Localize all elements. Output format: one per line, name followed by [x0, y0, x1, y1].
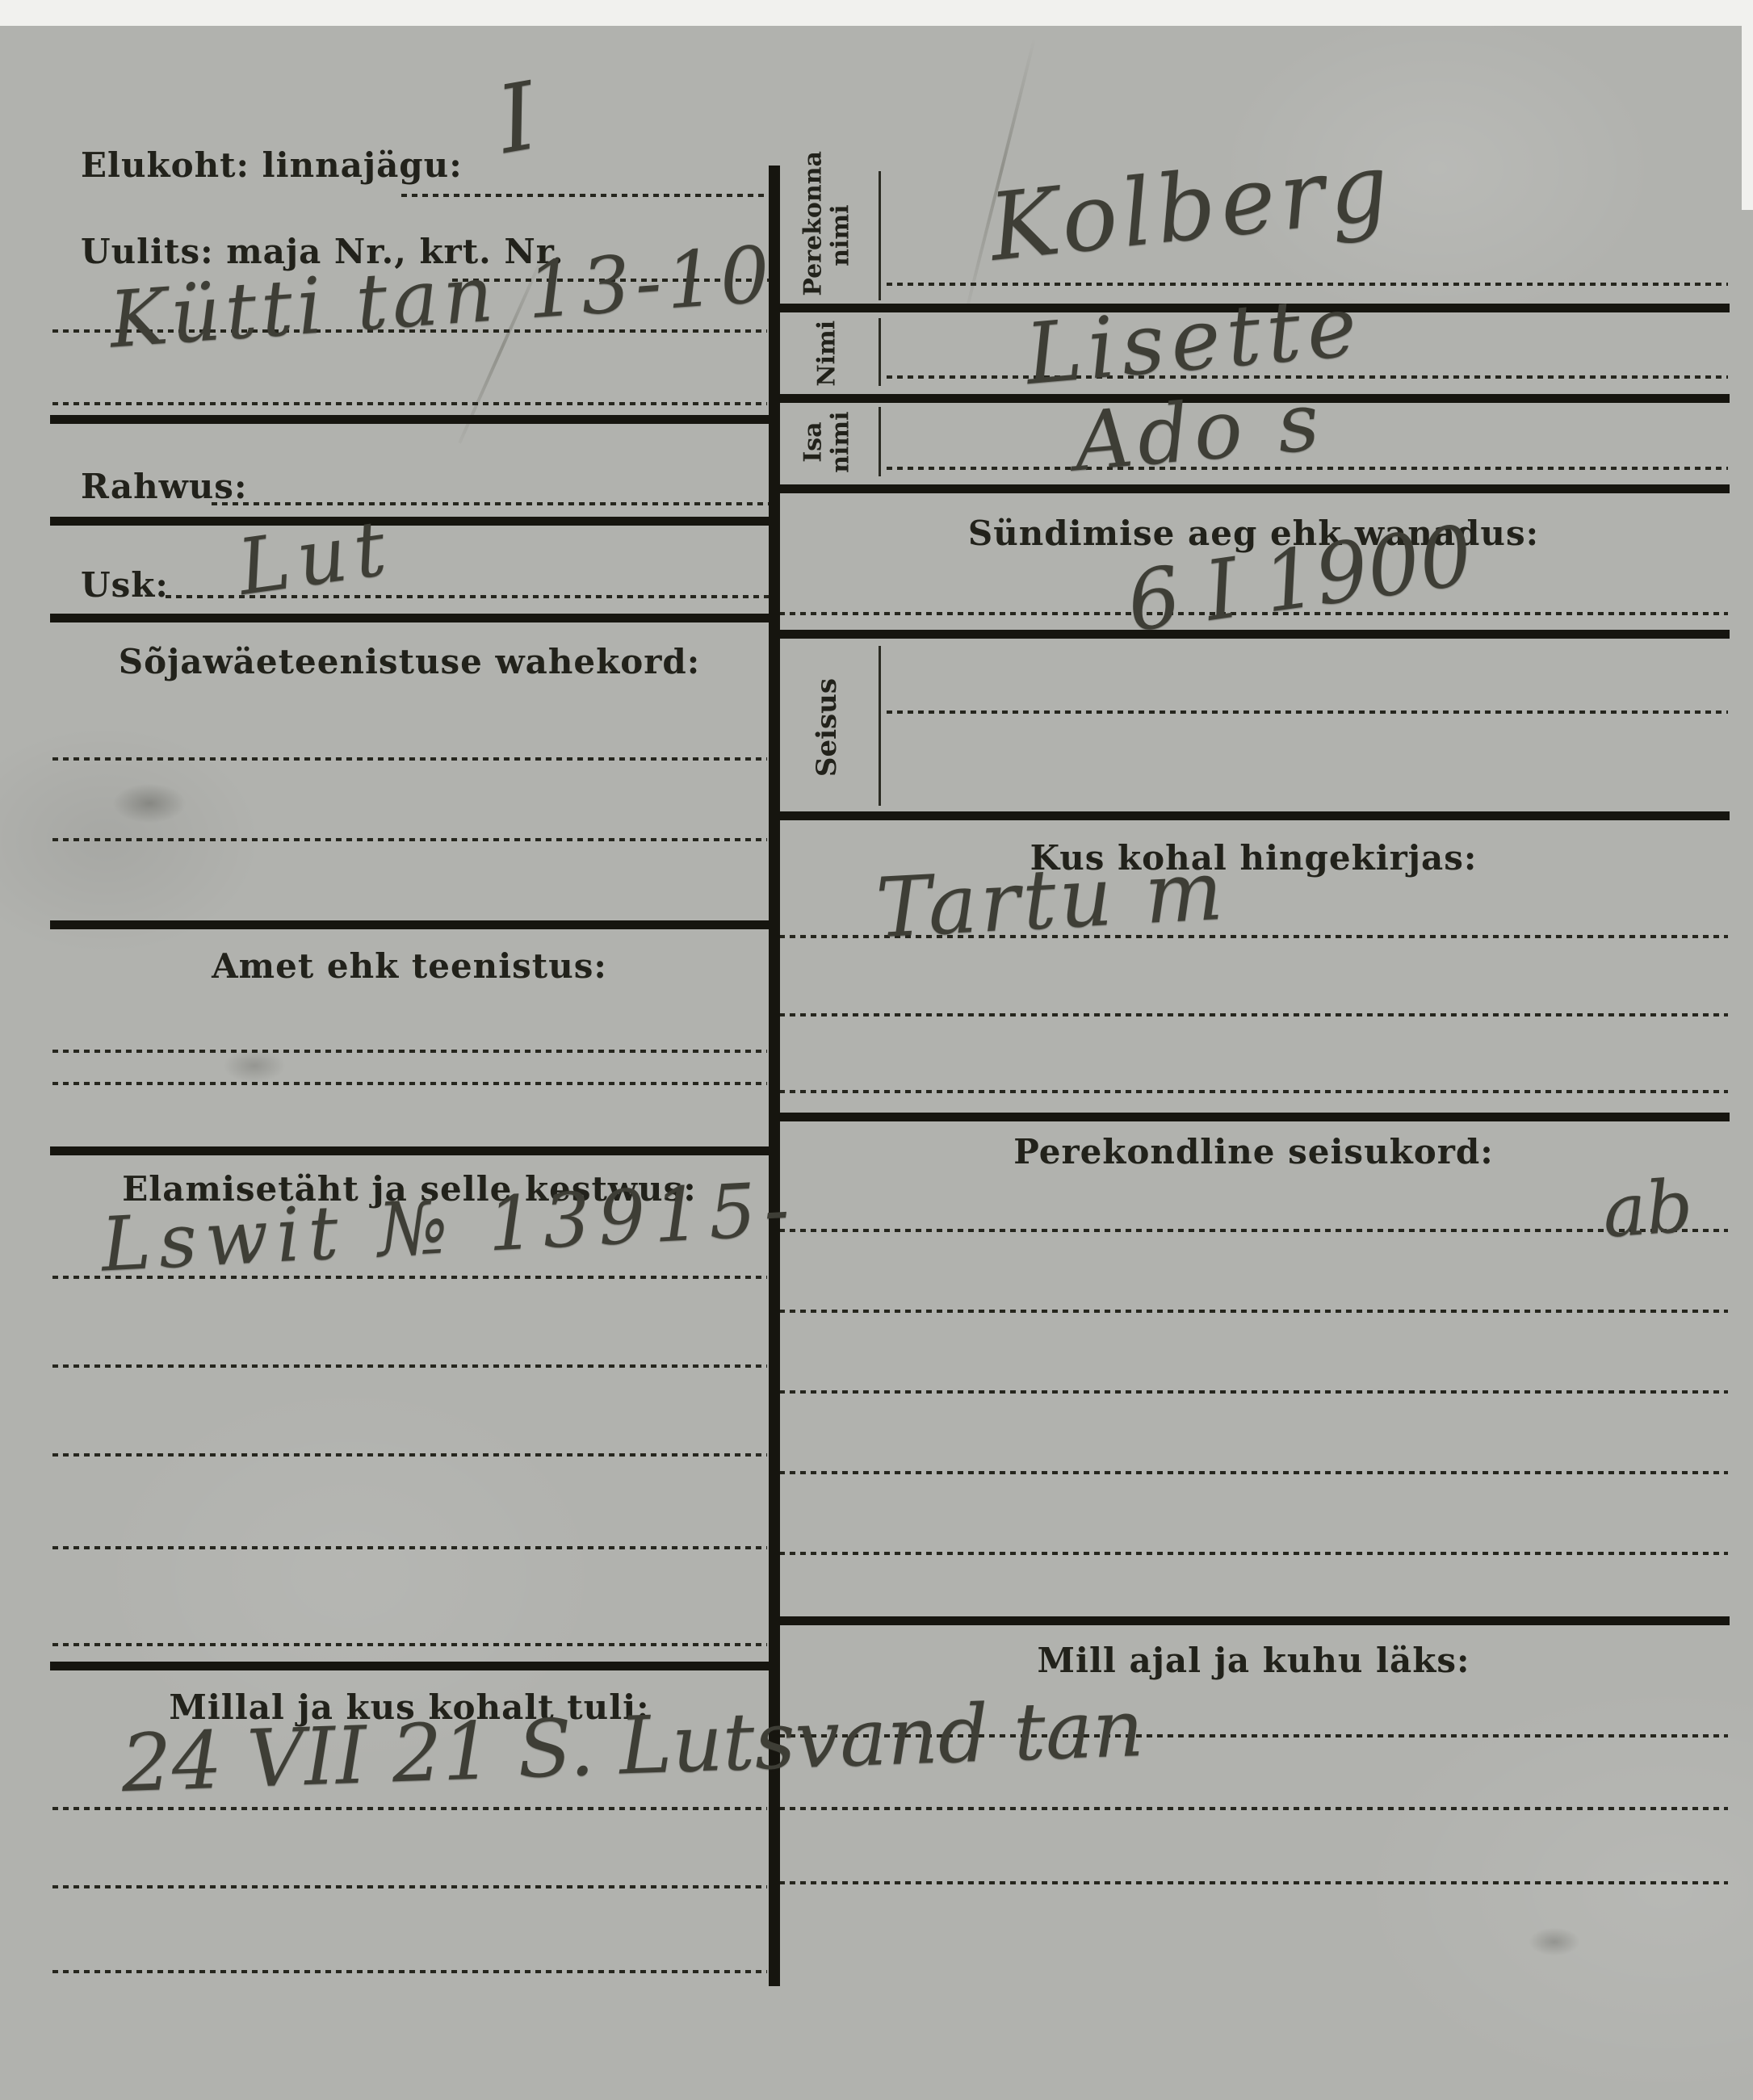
writing-line: [779, 1390, 1728, 1394]
section-line: [50, 614, 769, 622]
label-divider: [879, 171, 881, 300]
residence-label: Elukoht: linnajägu:: [81, 145, 463, 185]
departed-label: Mill ajal ja kuhu läks:: [779, 1641, 1728, 1680]
registered-value: Tartu m: [874, 843, 1228, 958]
scan-edge-right: [1742, 0, 1753, 210]
section-line: [769, 1113, 1730, 1121]
father-name-label: Isa nimi: [799, 404, 853, 481]
section-line: [50, 415, 769, 424]
family-name-label: Perekonna nimi: [799, 175, 853, 296]
first-name-label: Nimi: [813, 315, 841, 392]
father-name-label-box: Isa nimi: [780, 404, 874, 481]
writing-line: [52, 1970, 767, 1973]
label-divider: [879, 407, 881, 476]
writing-line: [52, 402, 767, 405]
religion-label: Usk:: [81, 565, 169, 605]
writing-line: [779, 1807, 1728, 1810]
status-label: Seisus: [811, 678, 842, 777]
writing-line: [779, 1471, 1728, 1474]
nationality-label: Rahwus:: [81, 467, 247, 506]
writing-line: [52, 1364, 767, 1368]
family-status-label: Perekondline seisukord:: [779, 1132, 1728, 1172]
writing-line: [887, 710, 1728, 714]
section-line: [50, 1662, 769, 1670]
section-line: [769, 484, 1730, 493]
writing-line: [779, 1881, 1728, 1884]
writing-line: [779, 1229, 1728, 1232]
writing-line: [779, 1310, 1728, 1313]
writing-line: [52, 1885, 767, 1888]
writing-line: [52, 1050, 767, 1053]
residence-value: I: [490, 62, 545, 175]
writing-line: [779, 1552, 1728, 1555]
paper-stain: [97, 775, 202, 832]
section-line: [769, 811, 1730, 820]
scan-edge-top: [0, 0, 1753, 26]
section-line: [50, 1146, 769, 1155]
label-divider: [879, 646, 881, 806]
writing-line: [52, 1643, 767, 1646]
section-line: [769, 1616, 1730, 1625]
writing-line: [779, 1013, 1728, 1016]
writing-line: [52, 757, 767, 761]
paper-stain: [1518, 1922, 1591, 1962]
writing-line: [779, 1090, 1728, 1093]
writing-line: [52, 838, 767, 841]
family-name-value: Kolberg: [984, 132, 1398, 283]
label-divider: [879, 318, 881, 386]
writing-line: [212, 502, 769, 505]
family-name-label-box: Perekonna nimi: [780, 168, 874, 304]
section-line: [50, 517, 769, 526]
writing-line: [52, 1082, 767, 1085]
writing-line: [401, 194, 769, 197]
writing-line: [52, 1546, 767, 1549]
writing-line: [52, 1453, 767, 1457]
section-line: [50, 920, 769, 929]
registration-card: Elukoht: linnajägu: I Uulits: maja Nr., …: [0, 0, 1753, 2100]
status-label-box: Seisus: [780, 642, 874, 813]
first-name-label-box: Nimi: [780, 315, 874, 392]
military-service-label: Sõjawäeteenistuse wahekord:: [50, 642, 769, 681]
family-status-value: ab: [1600, 1163, 1695, 1255]
occupation-label: Amet ehk teenistus:: [50, 946, 769, 986]
